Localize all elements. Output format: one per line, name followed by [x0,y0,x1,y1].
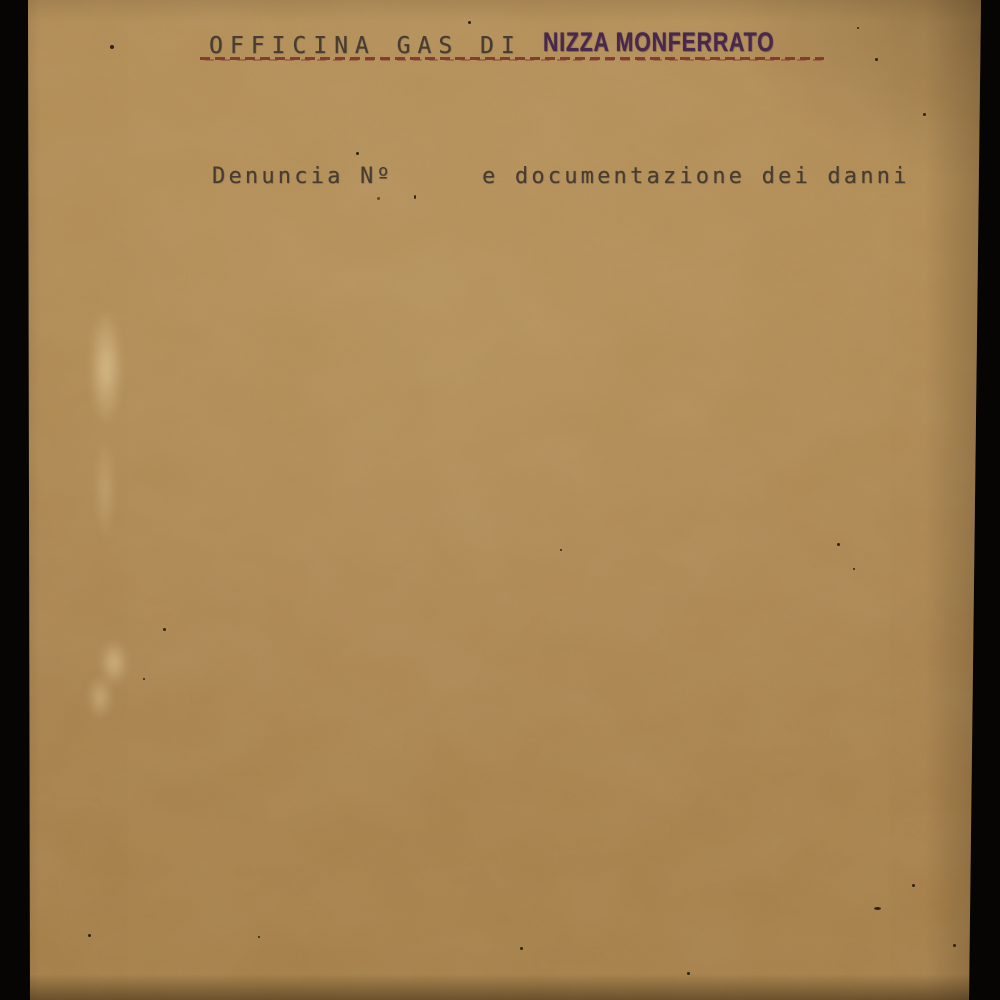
scan-background: OFFICINA GAS DI NIZZA MONFERRATO Denunci… [0,0,1000,1000]
paper-speck [414,195,416,199]
folder-cover: OFFICINA GAS DI NIZZA MONFERRATO Denunci… [0,0,1000,1000]
typed-office-label: OFFICINA GAS DI [209,35,522,58]
paper-speck [88,934,91,937]
paper-speck [853,568,855,570]
crease-highlight-upper-tail [90,430,120,580]
crease-highlight-lower [92,636,132,696]
paper-speck [110,45,114,49]
paper-speck [837,543,840,546]
crease-highlight-upper [82,308,130,478]
paper-speck [468,21,471,24]
paper-speck [143,678,145,680]
scan-vignette [0,0,1000,1000]
paper-speck [258,936,260,938]
crease-highlight-lower-tail [84,668,120,726]
town-name-stamp: NIZZA MONFERRATO [543,29,774,56]
report-description-label: e documentazione dei danni [482,166,910,188]
paper-speck [874,907,881,910]
paper-speck [875,58,878,61]
paper-speck [560,549,562,551]
paper-speck [356,152,359,155]
paper-speck [520,947,523,950]
paper-speck [687,972,690,975]
paper-speck [923,113,926,116]
paper-speck [912,884,915,887]
report-number-label: Denuncia Nº [212,166,393,188]
paper-speck [953,944,956,947]
paper-texture [0,0,1000,1000]
paper-speck [857,27,859,29]
paper-speck [377,197,380,200]
paper-speck [163,628,166,631]
